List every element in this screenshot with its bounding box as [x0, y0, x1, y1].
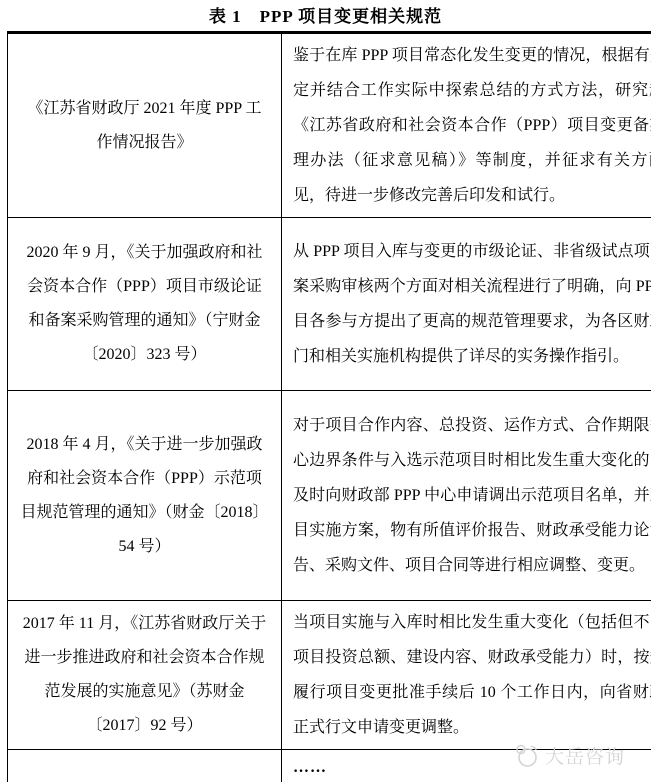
source-document-cell: 《江苏省财政厅 2021 年度 PPP 工作情况报告》 [8, 33, 282, 218]
table-row: 2018 年 4 月，《关于进一步加强政府和社会资本合作（PPP）示范项目规范管… [8, 391, 651, 601]
table-title: 表 1 PPP 项目变更相关规范 [0, 0, 651, 31]
ppp-change-regulations-table: 《江苏省财政厅 2021 年度 PPP 工作情况报告》 鉴于在库 PPP 项目常… [7, 31, 651, 782]
description-cell: 对于项目合作内容、总投资、运作方式、合作期限等核心边界条件与入选示范项目时相比发… [282, 391, 651, 601]
source-document-cell: 2018 年 4 月，《关于进一步加强政府和社会资本合作（PPP）示范项目规范管… [8, 391, 282, 601]
description-cell: 鉴于在库 PPP 项目常态化发生变更的情况，根据有关规定并结合工作实际中探索总结… [282, 33, 651, 218]
description-cell: 当项目实施与入库时相比发生重大变化（包括但不限于项目投资总额、建设内容、财政承受… [282, 601, 651, 750]
source-document-cell: 2020 年 9 月，《关于加强政府和社会资本合作（PPP）项目市级论证和备案采… [8, 218, 282, 391]
description-cell: 从 PPP 项目入库与变更的市级论证、非省级试点项目备案采购审核两个方面对相关流… [282, 218, 651, 391]
document-page: 表 1 PPP 项目变更相关规范 《江苏省财政厅 2021 年度 PPP 工作情… [0, 0, 651, 782]
table-row-ellipsis: …… [8, 750, 651, 782]
table-row: 2017 年 11 月，《江苏省财政厅关于进一步推进政府和社会资本合作规范发展的… [8, 601, 651, 750]
ellipsis-cell: …… [282, 750, 651, 782]
table-row: 2020 年 9 月，《关于加强政府和社会资本合作（PPP）项目市级论证和备案采… [8, 218, 651, 391]
source-document-cell: 2017 年 11 月，《江苏省财政厅关于进一步推进政府和社会资本合作规范发展的… [8, 601, 282, 750]
table-row: 《江苏省财政厅 2021 年度 PPP 工作情况报告》 鉴于在库 PPP 项目常… [8, 33, 651, 218]
source-document-cell-empty [8, 750, 282, 782]
